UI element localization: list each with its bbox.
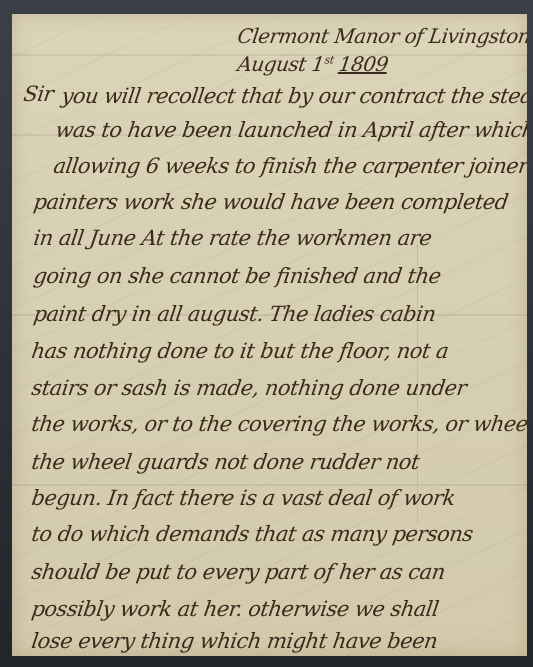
letter-place: Clermont Manor of Livingston	[236, 24, 527, 48]
date-month-day: August 1	[236, 52, 326, 76]
body-line-3: allowing 6 weeks to finish the carpenter…	[52, 154, 527, 178]
letter-date: August 1st 1809	[236, 52, 390, 76]
body-line-14: should be put to every part of her as ca…	[30, 560, 447, 584]
body-line-8: has nothing done to it but the floor, no…	[30, 339, 450, 363]
body-line-7: paint dry in all august. The ladies cabi…	[32, 302, 437, 326]
date-year: 1809	[337, 52, 389, 76]
body-line-16: lose every thing which might have been	[30, 629, 439, 653]
body-line-9: stairs or sash is made, nothing done und…	[30, 376, 468, 400]
body-line-11: the wheel guards not done rudder not	[30, 450, 421, 474]
body-line-5: in all June At the rate the workmen are	[32, 226, 433, 250]
body-line-12: begun. In fact there is a vast deal of w…	[30, 486, 457, 510]
body-line-2: was to have been launched in April after…	[54, 118, 527, 142]
salutation: Sir	[22, 82, 55, 106]
body-line-15: possibly work at her. otherwise we shall	[30, 597, 440, 621]
body-line-10: the works, or to the covering the works,…	[30, 412, 527, 436]
body-line-13: to do which demands that as many persons	[30, 522, 474, 546]
body-line-6: going on she cannot be finished and the	[32, 264, 442, 288]
body-line-1: you will recollect that by our contract …	[60, 84, 527, 108]
letter-page: Clermont Manor of Livingston August 1st …	[12, 14, 527, 656]
date-suffix: st	[324, 53, 335, 66]
body-line-4: painters work she would have been comple…	[32, 190, 510, 214]
